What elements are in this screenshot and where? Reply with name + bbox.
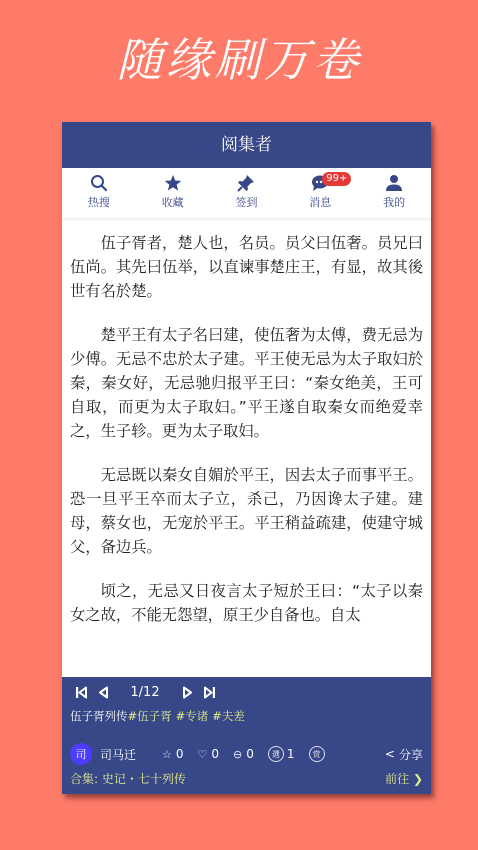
app-window: 阅集者 热搜 收藏 签到 99+ 消息 我的 伍子胥者，楚人也，名员。员父曰伍奢… [62,122,431,794]
first-page-button[interactable] [70,681,92,703]
author-name[interactable]: 司马迁 [100,746,136,763]
like-count: 0 [211,747,219,761]
select-count: 1 [287,747,295,761]
meta-bar: 司 司马迁 ☆ 0 ♡ 0 ⊖ 0 選 1 赏 < 分享 [62,739,431,769]
nav-item-checkin[interactable]: 签到 [210,168,284,218]
share-icon: < [385,747,395,761]
user-icon [385,174,403,192]
reward-circle-icon: 赏 [309,746,325,762]
last-page-button[interactable] [198,681,220,703]
search-icon [90,174,108,192]
nav-item-profile[interactable]: 我的 [357,168,431,218]
collection-label[interactable]: 合集: 史记・七十列传 [70,769,186,789]
goto-button[interactable]: 前往 ❯ [385,769,423,789]
star-count: 0 [176,747,184,761]
paragraph: 无忌既以秦女自媚於平王，因去太子而事平王。恐一旦平王卒而太子立，杀己，乃因谗太子… [70,463,423,559]
nav-item-hot-search[interactable]: 热搜 [62,168,136,218]
paragraph: 楚平王有太子名曰建，使伍奢为太傅，费无忌为少傅。无忌不忠於太子建。平王使无忌为太… [70,323,423,443]
skip-last-icon [203,686,216,699]
reader-footer: 1/12 伍子胥列传#伍子胥#专诸#夫差 司 司马迁 ☆ 0 ♡ 0 ⊖ [62,677,431,794]
prev-icon [97,686,110,699]
tag[interactable]: #专诸 [176,709,209,723]
nav-label: 消息 [309,194,331,210]
select-count-button[interactable]: 選 1 [268,746,295,762]
skip-first-icon [75,686,88,699]
collection-row: 合集: 史记・七十列传 前往 ❯ [62,769,431,789]
paragraph: 顷之，无忌又日夜言太子短於王曰：“太子以秦女之故，不能无怨望，原王少自备也。自太 [70,579,423,627]
tag[interactable]: #伍子胥 [128,709,172,723]
heart-icon: ♡ [198,748,208,761]
article-title: 伍子胥列传 [70,709,128,723]
star-icon [164,174,182,192]
pager: 1/12 [62,677,431,707]
avatar[interactable]: 司 [70,743,92,765]
top-nav: 热搜 收藏 签到 99+ 消息 我的 [62,168,431,219]
nav-label: 我的 [383,194,405,210]
message-count-badge: 99+ [322,172,351,186]
comment-count-button[interactable]: ⊖ 0 [233,747,254,761]
promo-headline: 随缘刷万卷 [0,30,478,90]
nav-label: 签到 [235,194,257,210]
paragraph: 伍子胥者，楚人也，名员。员父曰伍奢。员兄曰伍尚。其先曰伍举，以直谏事楚庄王，有显… [70,231,423,303]
article-content[interactable]: 伍子胥者，楚人也，名员。员父曰伍奢。员兄曰伍尚。其先曰伍举，以直谏事楚庄王，有显… [62,219,431,678]
nav-item-messages[interactable]: 99+ 消息 [283,168,357,218]
next-icon [181,686,194,699]
nav-label: 热搜 [88,194,110,210]
share-label: 分享 [399,746,423,763]
star-outline-icon: ☆ [162,748,172,761]
nav-item-favorites[interactable]: 收藏 [136,168,210,218]
select-circle-icon: 選 [268,746,284,762]
comment-icon: ⊖ [233,748,242,761]
tag-line: 伍子胥列传#伍子胥#专诸#夫差 [62,707,431,725]
page-indicator: 1/12 [120,685,170,700]
pin-icon [237,174,255,192]
share-button[interactable]: < 分享 [385,746,423,763]
star-count-button[interactable]: ☆ 0 [162,747,184,761]
comment-count: 0 [246,747,254,761]
reward-button[interactable]: 赏 [309,746,328,762]
prev-page-button[interactable] [92,681,114,703]
next-page-button[interactable] [176,681,198,703]
like-count-button[interactable]: ♡ 0 [198,747,220,761]
nav-label: 收藏 [162,194,184,210]
app-title: 阅集者 [62,122,431,168]
tag[interactable]: #夫差 [212,709,245,723]
